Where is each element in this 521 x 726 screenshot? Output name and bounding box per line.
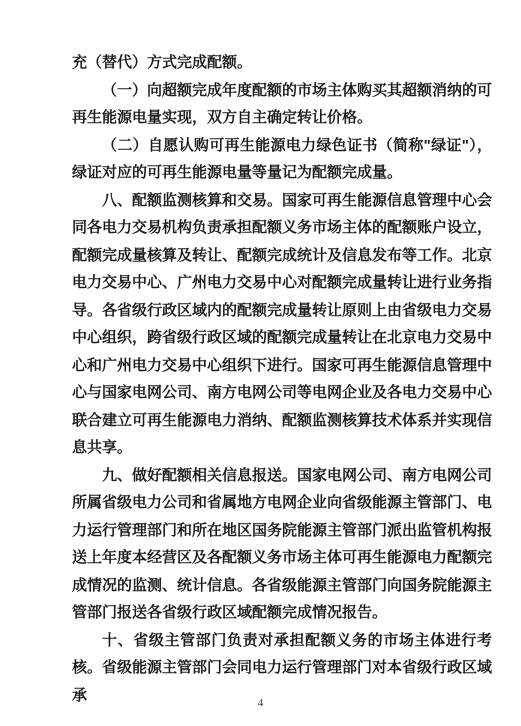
document-body-text: 充（替代）方式完成配额。 （一）向超额完成年度配额的市场主体购买其超额消纳的可再… (72, 49, 492, 709)
paragraph-item-1: （一）向超额完成年度配额的市场主体购买其超额消纳的可再生能源电量实现，双方自主确… (72, 77, 492, 132)
paragraph-section-8: 八、配额监测核算和交易。国家可再生能源信息管理中心会同各电力交易机构负责承担配额… (72, 187, 492, 462)
document-page: 充（替代）方式完成配额。 （一）向超额完成年度配额的市场主体购买其超额消纳的可再… (0, 0, 521, 726)
paragraph-continuation: 充（替代）方式完成配额。 (72, 49, 492, 77)
page-number: 4 (0, 697, 521, 709)
paragraph-section-9: 九、做好配额相关信息报送。国家电网公司、南方电网公司所属省级电力公司和省属地方电… (72, 462, 492, 627)
paragraph-item-2: （二）自愿认购可再生能源电力绿色证书（简称"绿证"），绿证对应的可再生能源电量等… (72, 132, 492, 187)
